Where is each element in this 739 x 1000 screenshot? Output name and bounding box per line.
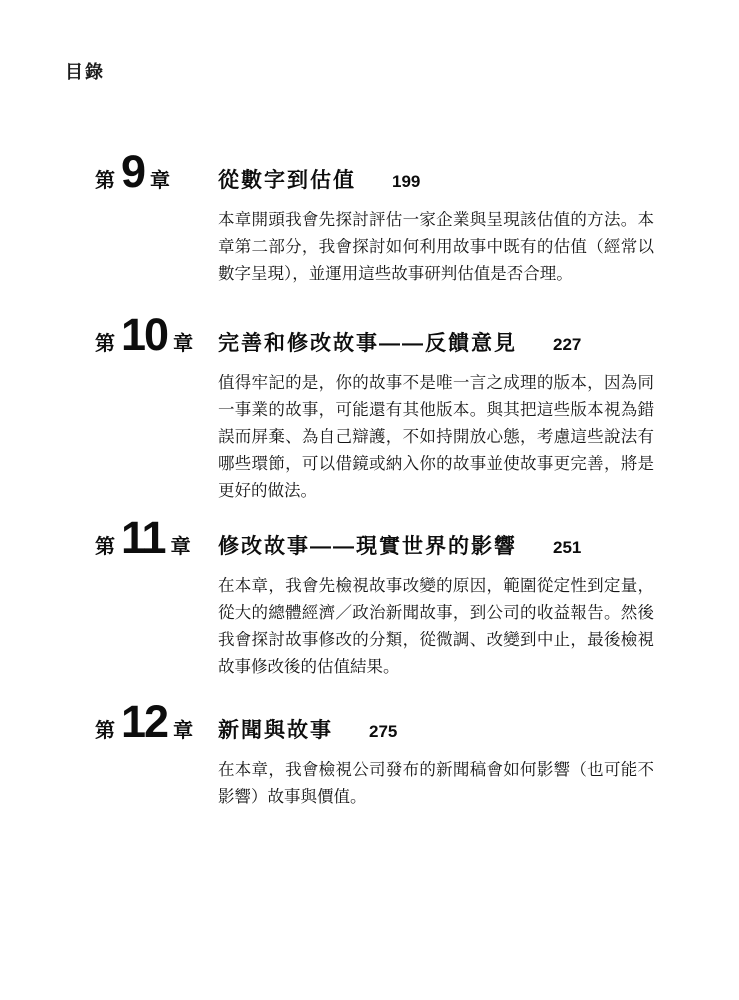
chapter-number: 12 <box>121 700 167 744</box>
chapter-title: 完善和修改故事——反饋意見 <box>218 327 517 357</box>
chapter-heading: 第 11 章 修改故事——現實世界的影響 251 <box>95 516 675 560</box>
chapter-suffix: 章 <box>173 714 193 743</box>
chapter-suffix: 章 <box>171 530 191 559</box>
chapter-description: 在本章，我會檢視公司發布的新聞稿會如何影響（也可能不影響）故事與價值。 <box>218 756 654 810</box>
chapter-list: 第 9 章 從數字到估值 199 本章開頭我會先探討評估一家企業與呈現該估值的方… <box>95 150 675 810</box>
chapter-title: 修改故事——現實世界的影響 <box>218 530 517 560</box>
chapter-page-number: 275 <box>369 722 397 742</box>
chapter-number: 11 <box>121 516 165 560</box>
chapter-page-number: 251 <box>553 538 581 558</box>
chapter-heading: 第 10 章 完善和修改故事——反饋意見 227 <box>95 313 675 357</box>
chapter-suffix: 章 <box>173 327 193 356</box>
page-title: 目錄 <box>65 58 105 84</box>
chapter-description: 在本章，我會先檢視故事改變的原因，範圍從定性到定量，從大的總體經濟／政治新聞故事… <box>218 572 654 680</box>
toc-page: 目錄 第 9 章 從數字到估值 199 本章開頭我會先探討評估一家企業與呈現該估… <box>0 0 739 1000</box>
chapter-number: 9 <box>121 150 144 194</box>
chapter-prefix: 第 <box>95 530 115 559</box>
chapter-entry-10: 第 10 章 完善和修改故事——反饋意見 227 值得牢記的是，你的故事不是唯一… <box>95 313 675 504</box>
chapter-page-number: 199 <box>392 172 420 192</box>
chapter-heading: 第 9 章 從數字到估值 199 <box>95 150 675 194</box>
chapter-description: 本章開頭我會先探討評估一家企業與呈現該估值的方法。本章第二部分，我會探討如何利用… <box>218 206 654 287</box>
chapter-number-group: 第 12 章 <box>95 700 218 744</box>
chapter-prefix: 第 <box>95 327 115 356</box>
chapter-heading: 第 12 章 新聞與故事 275 <box>95 700 675 744</box>
chapter-page-number: 227 <box>553 335 581 355</box>
chapter-prefix: 第 <box>95 164 115 193</box>
chapter-title: 從數字到估值 <box>218 164 356 194</box>
chapter-prefix: 第 <box>95 714 115 743</box>
chapter-number-group: 第 10 章 <box>95 313 218 357</box>
chapter-title: 新聞與故事 <box>218 714 333 744</box>
chapter-entry-9: 第 9 章 從數字到估值 199 本章開頭我會先探討評估一家企業與呈現該估值的方… <box>95 150 675 287</box>
chapter-suffix: 章 <box>150 164 170 193</box>
chapter-number-group: 第 11 章 <box>95 516 218 560</box>
chapter-description: 值得牢記的是，你的故事不是唯一言之成理的版本，因為同一事業的故事，可能還有其他版… <box>218 369 654 504</box>
chapter-entry-12: 第 12 章 新聞與故事 275 在本章，我會檢視公司發布的新聞稿會如何影響（也… <box>95 700 675 810</box>
chapter-number: 10 <box>121 313 167 357</box>
chapter-number-group: 第 9 章 <box>95 150 218 194</box>
chapter-entry-11: 第 11 章 修改故事——現實世界的影響 251 在本章，我會先檢視故事改變的原… <box>95 516 675 680</box>
